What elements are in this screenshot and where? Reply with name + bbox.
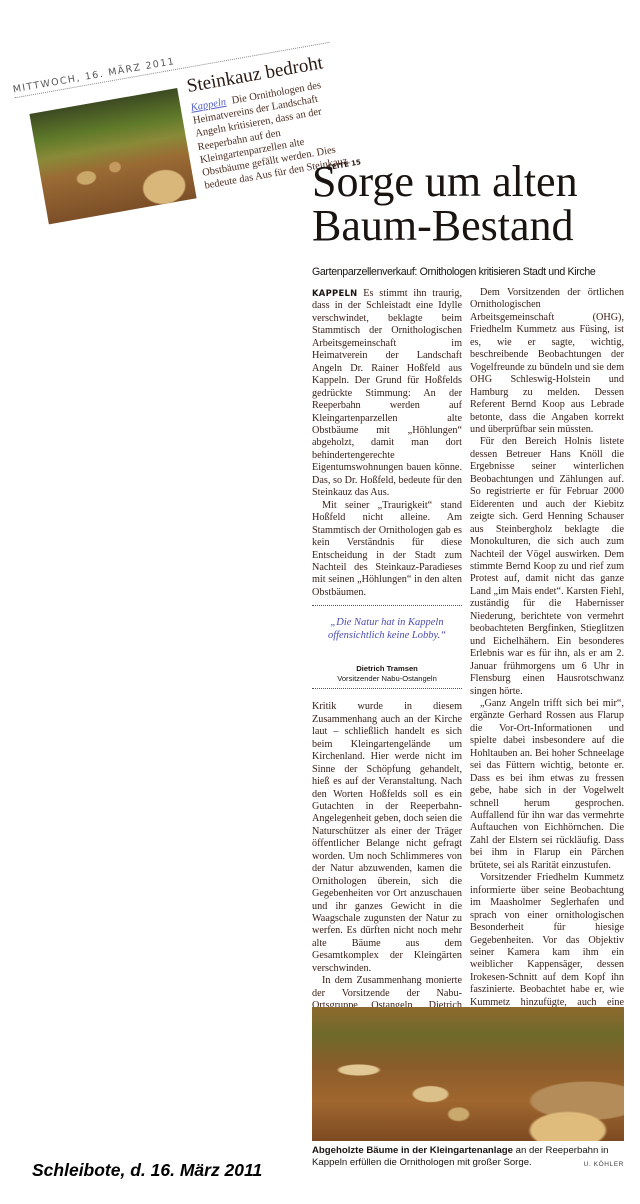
- pullquote-source: Dietrich Tramsen Vorsitzender Nabu-Ostan…: [312, 656, 462, 689]
- article-column-2: Dem Vorsitzenden der örtlichen Ornitholo…: [470, 287, 624, 1047]
- photo-credit: U. KÖHLER: [584, 1159, 624, 1171]
- paragraph: Kritik wurde in diesem Zusammenhang auch…: [312, 701, 462, 975]
- paragraph: KAPPELN Es stimmt ihn traurig, dass in d…: [312, 287, 462, 500]
- source-line: Schleibote, d. 16. März 2011: [32, 1160, 262, 1181]
- article-subheadline: Gartenparzellenverkauf: Ornithologen kri…: [312, 266, 632, 278]
- photo-caption: Abgeholzte Bäume in der Kleingartenanlag…: [312, 1145, 624, 1170]
- article-photo: [312, 1007, 624, 1141]
- paragraph: „Ganz Angeln trifft sich bei mir“, ergän…: [470, 698, 624, 872]
- caption-bold: Abgeholzte Bäume in der Kleingartenanlag…: [312, 1145, 513, 1156]
- paragraph-text: Es stimmt ihn traurig, dass in der Schle…: [312, 288, 462, 498]
- article-column-1: KAPPELN Es stimmt ihn traurig, dass in d…: [312, 287, 462, 1087]
- article-headline: Sorge um alten Baum-Bestand: [312, 160, 632, 248]
- pullquote: „Die Natur hat in Kappeln offensichtlich…: [312, 605, 462, 650]
- teaser-box: MITTWOCH, 16. MÄRZ 2011 Steinkauz bedroh…: [2, 5, 362, 259]
- pullquote-role: Vorsitzender Nabu-Ostangeln: [337, 674, 437, 683]
- paragraph: Dem Vorsitzenden der örtlichen Ornitholo…: [470, 287, 624, 436]
- paragraph: Für den Bereich Holnis listete dessen Be…: [470, 436, 624, 698]
- pullquote-name: Dietrich Tramsen: [356, 664, 418, 673]
- teaser-photo: [29, 88, 196, 224]
- paragraph: Mit seiner „Traurigkeit“ stand Hoßfeld n…: [312, 500, 462, 600]
- dateline: KAPPELN: [312, 288, 357, 298]
